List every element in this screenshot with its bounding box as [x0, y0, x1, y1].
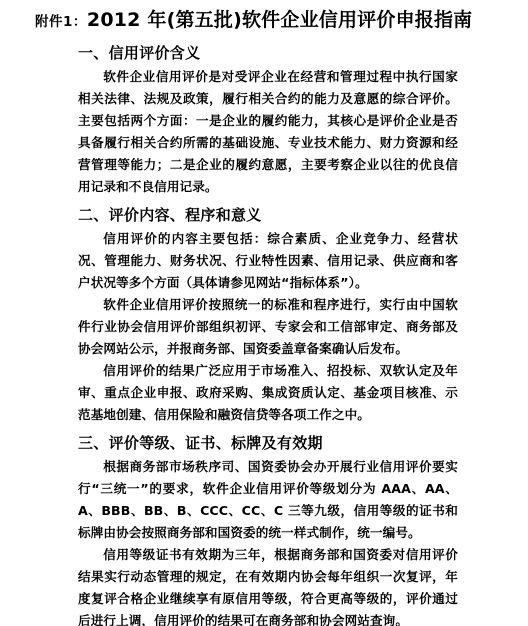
section-1-paragraph-1: 软件企业信用评价是对受评企业在经营和管理过程中执行国家相关法律、法规及政策，履行…: [78, 66, 458, 198]
document-title: 附件1：2012 年(第五批)软件企业信用评价申报指南: [35, 7, 458, 36]
section-2-heading: 二、评价内容、程序和意义: [78, 204, 458, 226]
section-credit-evaluation-meaning: 一、信用评价含义 软件企业信用评价是对受评企业在经营和管理过程中执行国家相关法律…: [78, 42, 458, 198]
section-rating-certificate-validity: 三、评价等级、证书、标牌及有效期 根据商务部市场秩序司、国资委协会办开展行业信用…: [78, 432, 458, 626]
document-page: 附件1：2012 年(第五批)软件企业信用评价申报指南 一、信用评价含义 软件企…: [0, 0, 528, 626]
section-2-paragraph-2: 软件企业信用评价按照统一的标准和程序进行，实行由中国软件行业协会信用评价部组织初…: [78, 294, 458, 360]
section-3-paragraph-1: 根据商务部市场秩序司、国资委协会办开展行业信用评价要实行“三统一”的要求，软件企…: [78, 456, 458, 544]
section-1-heading: 一、信用评价含义: [78, 42, 458, 64]
section-2-paragraph-3: 信用评价的结果广泛应用于市场准入、招投标、双软认定及年审、重点企业申报、政府采购…: [78, 360, 458, 426]
section-2-paragraph-1: 信用评价的内容主要包括：综合素质、企业竞争力、经营状况、管理能力、财务状况、行业…: [78, 228, 458, 294]
section-3-heading: 三、评价等级、证书、标牌及有效期: [78, 432, 458, 454]
document-title-text: 2012 年(第五批)软件企业信用评价申报指南: [87, 9, 472, 31]
section-3-paragraph-2: 信用等级证书有效期为三年，根据商务部和国资委对信用评价结果实行动态管理的规定，在…: [78, 544, 458, 626]
section-evaluation-content-procedure: 二、评价内容、程序和意义 信用评价的内容主要包括：综合素质、企业竞争力、经营状况…: [78, 204, 458, 426]
attachment-label: 附件1：: [35, 14, 87, 30]
